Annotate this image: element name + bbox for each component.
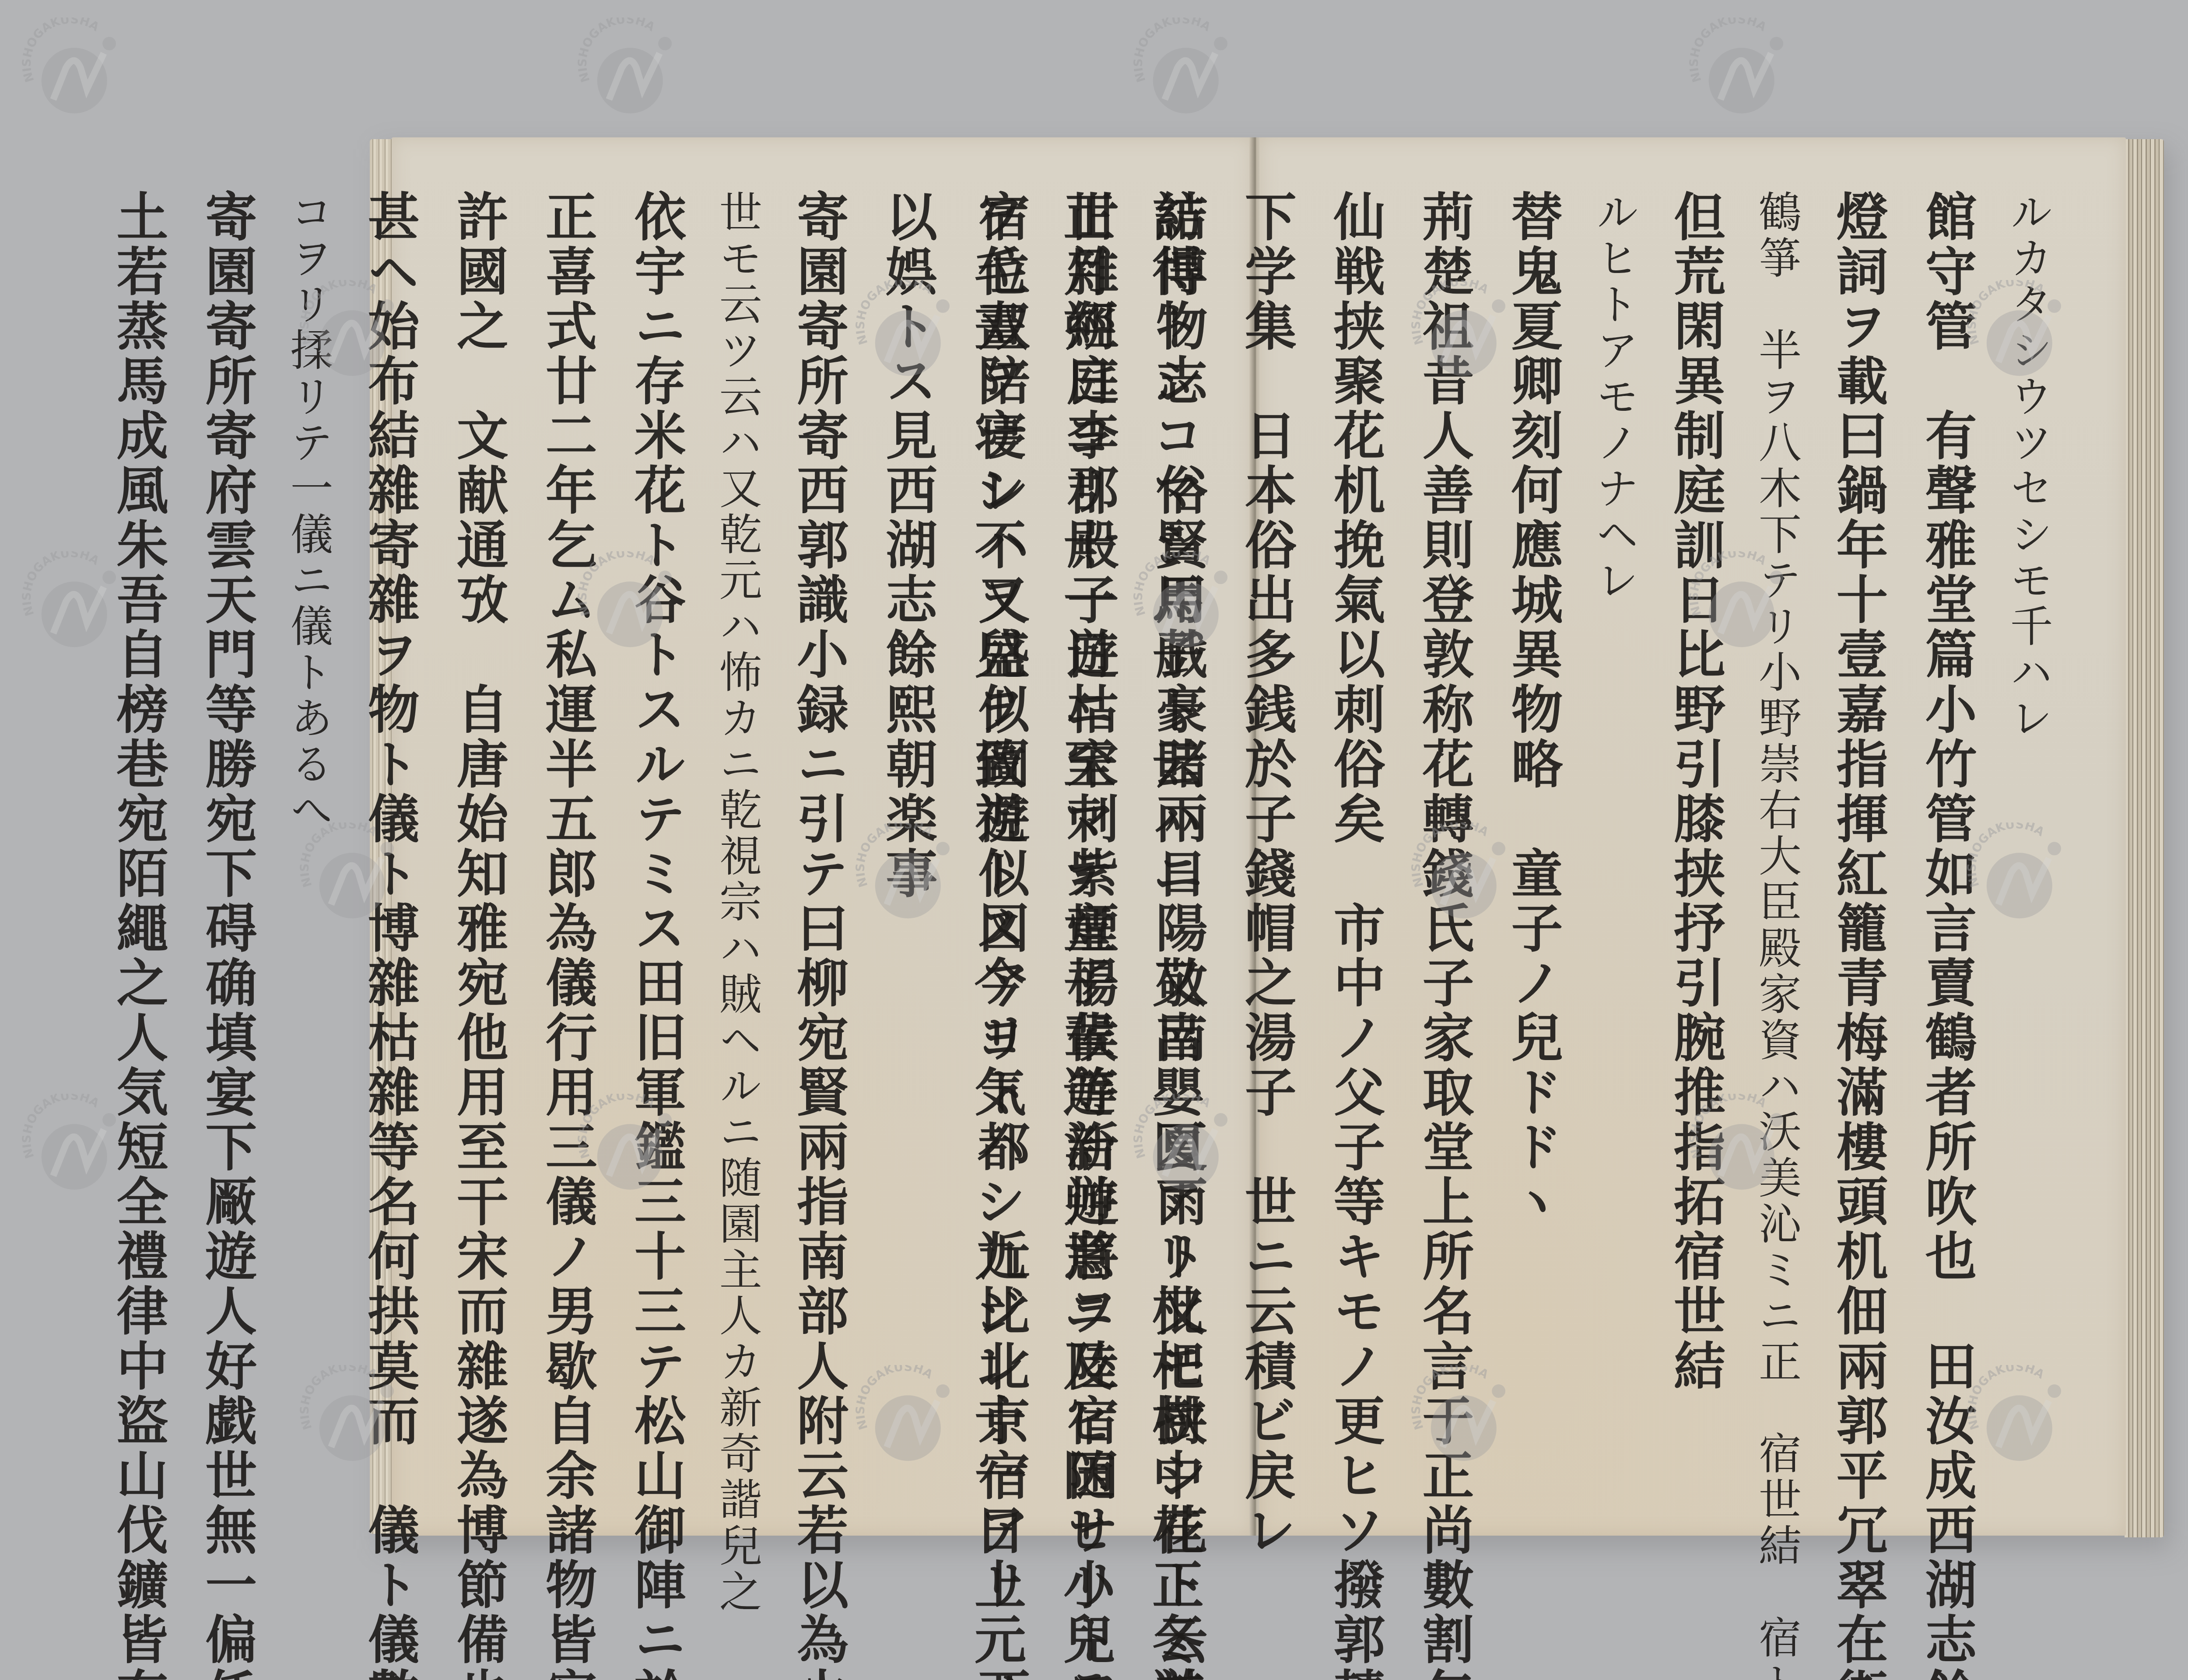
svg-text:NISHOGAKUSHA: NISHOGAKUSHA (20, 551, 102, 618)
page-stack-right-edge (2125, 139, 2164, 1537)
text-column: 丗雜經庭李郡殿子遊枯宋刺紫煙楊侯等新遊將ヲ陸宿因サリトアルハ此方ノ (1044, 190, 1133, 1457)
text-column: 正喜式廿二年乞ム私運半五郎為儀行用三儀ノ男歇自余諸物皆宿此共遠路同若樹 (522, 190, 611, 1457)
text-column: 仙戦挟聚花机挽氣以刺俗矣 市中ノ父子等キモノ更ヒソ撥郭轉ズヘレ (1311, 190, 1399, 1457)
text-column: 宿位双陪ナレハ又盛似圖遊似図アリト都 近比北京宿アリ 西遊記ニ似タルモノニ アリ… (955, 190, 1044, 1457)
text-column: ルヒトアモノナヘレ (1577, 190, 1651, 1457)
text-column: 下学集 日本俗出多銭於子錢帽之湯子 世ニ云積ビ戻レ (1222, 190, 1311, 1457)
text-column: 鶴箏 半ヲ八木下テリ小野崇右大臣殿家資ハ沃美沁ミニ正 宿世結 宿ト快 宙世結ハシ… (1739, 190, 1813, 1457)
text-column: コヲリ揉リテ一儀ニ儀トあるへ (271, 190, 345, 1457)
right-page-text: ルカタシウツセシモ千ハレ 館守管 有聲雅堂篇小竹管如言賣鶴者所吹也 田汝成西湖志… (1286, 190, 2065, 1457)
text-column: 許國之 文献通攷 自唐始知雅宛他用至干宋而雜遂為博節備也一大事理 (434, 190, 522, 1457)
svg-text:NISHOGAKUSHA: NISHOGAKUSHA (1132, 17, 1213, 84)
text-column: 結博物志 俗賢用戯豪賭兩日陽敬南 夏雨ト又モ挟シ花ト云詩賦タリ (1133, 190, 1222, 1457)
nishogakusha-watermark-icon: NISHOGAKUSHA (1129, 17, 1238, 127)
svg-text:NISHOGAKUSHA: NISHOGAKUSHA (576, 17, 657, 84)
text-column: 甚ヘ始布結雜寄雜ヲ物ト儀ト博雜枯雜等名何拱莫而 儀ト儀數ヘ事ハシ (345, 190, 434, 1457)
text-column: 寄園寄所寄西郭識小録ニ引テ曰柳宛賢兩指南部人附云若以為火建復自曰乾昆 (774, 190, 863, 1457)
right-page: ルカタシウツセシモ千ハレ 館守管 有聲雅堂篇小竹管如言賣鶴者所吹也 田汝成西湖志… (1259, 137, 2126, 1536)
text-column: 寄園寄所寄府雲天門等勝宛下碍确填宴下厰遊人好戯世無一偏任共 (182, 190, 271, 1457)
nishogakusha-watermark-icon: NISHOGAKUSHA (18, 17, 127, 127)
text-column: ルカタシウツセシモ千ハレ (1991, 190, 2065, 1457)
svg-text:NISHOGAKUSHA: NISHOGAKUSHA (20, 17, 102, 84)
text-column: 燈詞ヲ載曰鍋年十壹嘉指揮紅籠青梅滿樓頭机佃兩郭平冗翠在街頭吹徽中 (1813, 190, 1902, 1457)
svg-text:NISHOGAKUSHA: NISHOGAKUSHA (20, 1094, 102, 1160)
text-column: 以娯トス見西湖志餘熙朝楽事 (863, 190, 951, 1457)
text-column: 依宇ニ存米花ト谷トスルテミス田旧軍鑑三十三テ松山御陣ニ於テ儀ヲ中ニ申氏モヘレトア… (611, 190, 700, 1457)
text-column: 但荒閑異制庭訓日比野引膝挟抒引腕推指拓宿世結 (1651, 190, 1739, 1457)
nishogakusha-watermark-icon: NISHOGAKUSHA (1685, 17, 1794, 127)
text-column: 荊楚祖昔人善則登敦称花轉錢氏子家取堂上所名言于正尚數割乞以親勝負混之 (1399, 190, 1488, 1457)
nishogakusha-watermark-icon: NISHOGAKUSHA (573, 17, 683, 127)
text-column: 土若蒸馬成風朱吾自榜巷宛陌繩之人気短全禮律中盜山伐鑛皆有 (93, 190, 182, 1457)
svg-text:NISHOGAKUSHA: NISHOGAKUSHA (1687, 17, 1769, 84)
text-column: 館守管 有聲雅堂篇小竹管如言賣鶴者所吹也 田汝成西湖志餘瞿宗吉帝 (1902, 190, 1991, 1457)
text-column: 替鬼夏卿刻何應城異物略 童子ノ兒ドドヽ (1488, 190, 1577, 1457)
text-column: 世モ云ツ云ハ又乾元ハ怖カニ乾視宗ハ賊ヘルニ随園主人カ新奇諧兒之 (700, 190, 774, 1457)
